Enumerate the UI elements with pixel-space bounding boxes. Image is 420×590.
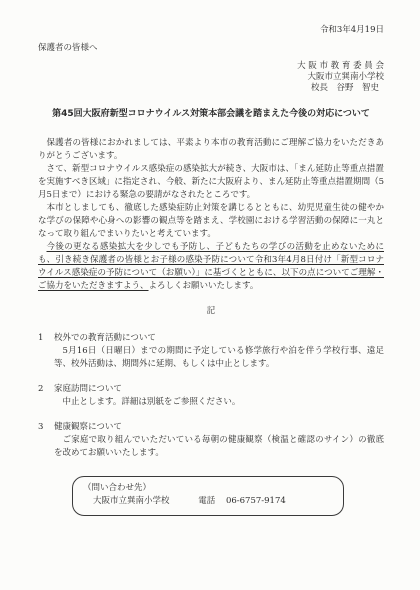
item-2-number: 2 [38,383,54,396]
body-paragraph-1: 保護者の皆様におかれましては、平素より本市の教育活動にご理解ご協力をいただきあり… [38,137,384,163]
body-paragraph-2: さて、新型コロナウイルス感染症の感染拡大が続き、大阪市は、「まん延防止等重点措置… [38,163,384,202]
item-1-number: 1 [38,332,54,345]
item-1-body: 5月16日（日曜日）までの期間に予定している修学旅行や泊を伴う学校行事、遠足等、… [38,345,384,371]
contact-line: 大阪市立巽南小学校 電話 06-6757-9174 [83,495,333,508]
recipient-line: 保護者の皆様へ [38,42,384,55]
body-paragraph-3: 本市としましても、徹底した感染症防止対策を講じるとともに、幼児児童生徒の健やかな… [38,202,384,241]
notice-item-3: 3 健康観察について ご家庭で取り組んでいただいている毎朝の健康観察（検温と確認… [38,421,384,460]
sender-school: 大阪市立巽南小学校 [38,72,384,83]
notice-item-2: 2 家庭訪問について 中止とします。詳細は別紙をご参照ください。 [38,383,384,409]
contact-tel-label: 電話 [198,496,215,506]
contact-school: 大阪市立巽南小学校 [93,496,170,506]
sender-organization: 大 阪 市 教 育 委 員 会 [38,61,384,72]
request-closing-text: よろしくお願いいたします。 [149,281,259,291]
item-3-number: 3 [38,421,54,434]
document-title: 第45回大阪府新型コロナウイルス対策本部会議を踏まえた今後の対応について [38,108,384,121]
body-paragraph-4: 今後の更なる感染拡大を少しでも予防し、子どもたちの学びの活動を止めないためにも、… [38,241,384,293]
item-3-body: ご家庭で取り組んでいただいている毎朝の健康観察（検温と確認のサイン）の徹底を改め… [38,434,384,460]
document-date: 令和3年4月19日 [38,24,384,37]
body-text: 保護者の皆様におかれましては、平素より本市の教育活動にご理解ご協力をいただきあり… [38,137,384,293]
contact-tel-number: 06-6757-9174 [226,496,286,506]
record-marker: 記 [38,305,384,318]
document-page: 令和3年4月19日 保護者の皆様へ 大 阪 市 教 育 委 員 会 大阪市立巽南… [0,0,420,590]
sender-block: 大 阪 市 教 育 委 員 会 大阪市立巽南小学校 校長 谷野 智史 [38,61,384,94]
item-2-body: 中止とします。詳細は別紙をご参照ください。 [38,396,384,409]
notice-item-1: 1 校外での教育活動について 5月16日（日曜日）までの期間に予定している修学旅… [38,332,384,371]
notice-items: 1 校外での教育活動について 5月16日（日曜日）までの期間に予定している修学旅… [38,332,384,460]
item-1-heading: 校外での教育活動について [54,332,156,345]
item-3-heading: 健康観察について [54,421,122,434]
contact-box: （問い合わせ先） 大阪市立巽南小学校 電話 06-6757-9174 [72,476,344,516]
sender-principal: 校長 谷野 智史 [38,83,384,94]
item-2-heading: 家庭訪問について [54,383,122,396]
contact-label: （問い合わせ先） [83,482,333,495]
